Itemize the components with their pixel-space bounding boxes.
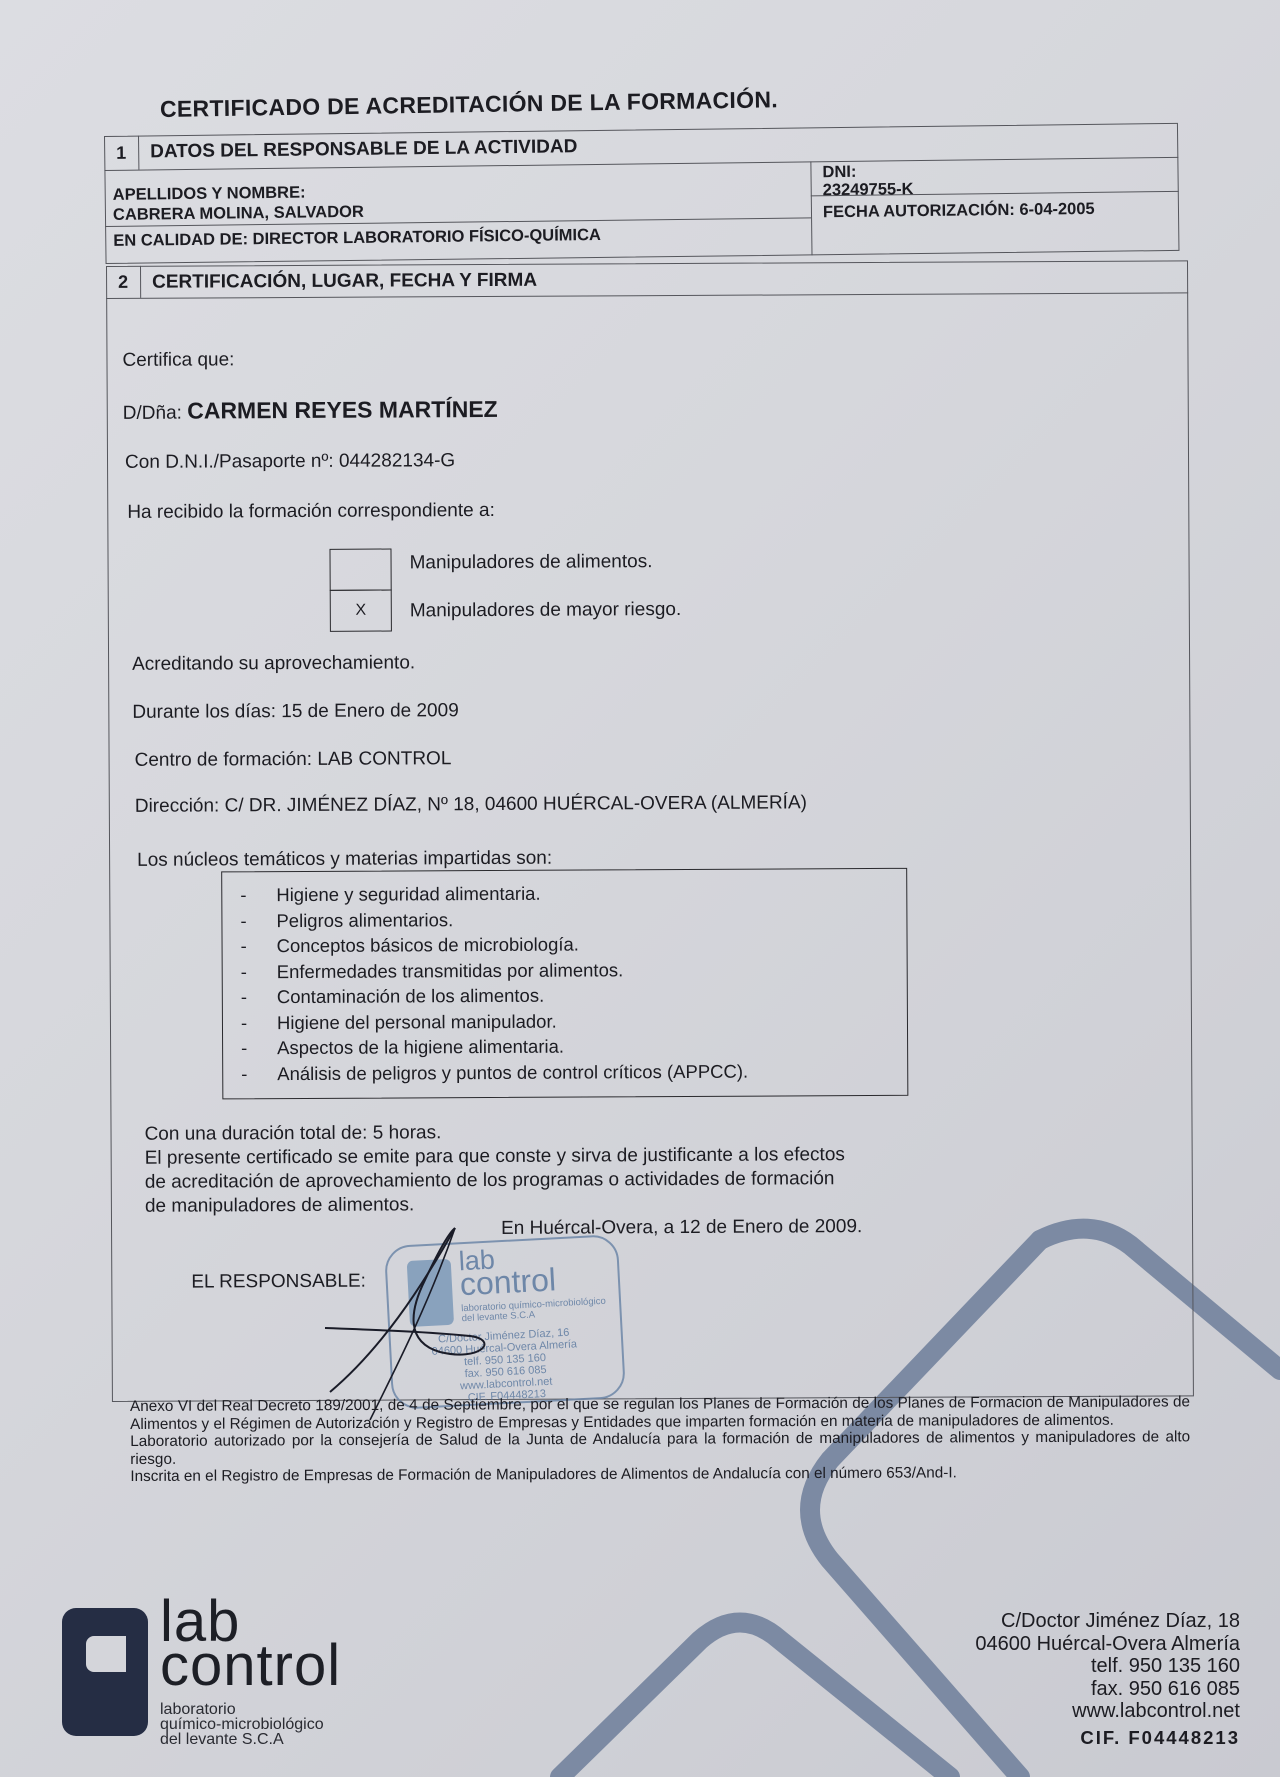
received-text: Ha recibido la formación correspondiente… bbox=[127, 500, 495, 524]
bullet-dash: - bbox=[241, 935, 247, 957]
statement-line-1: El presente certificado se emite para qu… bbox=[145, 1144, 845, 1170]
trainee-line: D/Dña: CARMEN REYES MARTÍNEZ bbox=[123, 396, 498, 425]
legal-note-authorization: Laboratorio autorizado por la consejería… bbox=[130, 1428, 1190, 1468]
duration-text: Con una duración total de: 5 horas. bbox=[144, 1122, 441, 1146]
topic-label: Aspectos de la higiene alimentaria. bbox=[277, 1036, 564, 1059]
trainee-id: Con D.N.I./Pasaporte nº: 044282134-G bbox=[125, 450, 455, 474]
responsible-name: CABRERA MOLINA, SALVADOR bbox=[113, 203, 364, 225]
logo-subtitle: laboratorio químico-microbiológico del l… bbox=[160, 1702, 420, 1747]
topic-label: Higiene y seguridad alimentaria. bbox=[276, 883, 540, 905]
statement-line-3: de manipuladores de alimentos. bbox=[145, 1194, 414, 1217]
bullet-dash: - bbox=[241, 1012, 247, 1034]
contact-cif: CIF. F04448213 bbox=[975, 1727, 1240, 1750]
bullet-dash: - bbox=[241, 986, 247, 1008]
logo-sub-line-3: del levante S.C.A bbox=[160, 1732, 420, 1747]
topic-item: -Análisis de peligros y puntos de contro… bbox=[277, 1060, 748, 1084]
section-certification: 2 CERTIFICACIÓN, LUGAR, FECHA Y FIRMA Ce… bbox=[106, 260, 1194, 1402]
topic-item: -Higiene y seguridad alimentaria. bbox=[276, 883, 540, 906]
checkbox-food-handlers bbox=[329, 549, 391, 591]
company-contact: C/Doctor Jiménez Díaz, 18 04600 Huércal-… bbox=[975, 1610, 1240, 1749]
certifies-text: Certifica que: bbox=[122, 349, 234, 372]
topic-label: Higiene del personal manipulador. bbox=[277, 1010, 557, 1032]
checkbox-high-risk-handlers: X bbox=[330, 590, 392, 632]
bullet-dash: - bbox=[241, 961, 247, 983]
trainee-name: CARMEN REYES MARTÍNEZ bbox=[187, 396, 498, 424]
bullet-dash: - bbox=[240, 884, 246, 906]
topics-box: -Higiene y seguridad alimentaria.-Peligr… bbox=[221, 868, 908, 1100]
training-address: Dirección: C/ DR. JIMÉNEZ DÍAZ, Nº 18, 0… bbox=[135, 792, 807, 818]
page-title: CERTIFICADO DE ACREDITACIÓN DE LA FORMAC… bbox=[160, 86, 778, 123]
topic-item: -Aspectos de la higiene alimentaria. bbox=[277, 1036, 564, 1060]
topic-label: Peligros alimentarios. bbox=[276, 909, 453, 931]
authorization-date: FECHA AUTORIZACIÓN: 6-04-2005 bbox=[823, 200, 1095, 222]
topic-item: -Contaminación de los alimentos. bbox=[277, 985, 544, 1008]
dni-label: DNI: bbox=[822, 163, 856, 182]
option-high-risk-handlers: Manipuladores de mayor riesgo. bbox=[410, 599, 682, 622]
section1-heading: DATOS DEL RESPONSABLE DE LA ACTIVIDAD bbox=[150, 136, 577, 163]
company-stamp: lab control laboratorio químico-microbio… bbox=[384, 1234, 626, 1410]
training-dates: Durante los días: 15 de Enero de 2009 bbox=[132, 700, 459, 724]
signer-label: EL RESPONSABLE: bbox=[191, 1271, 366, 1294]
section-responsible-data: 1 DATOS DEL RESPONSABLE DE LA ACTIVIDAD … bbox=[104, 123, 1179, 264]
contact-phone: telf. 950 135 160 bbox=[975, 1655, 1240, 1678]
stamp-control: control bbox=[459, 1261, 557, 1303]
legal-note-decree: Anexo VI del Real Decreto 189/2001, de 4… bbox=[130, 1393, 1190, 1433]
section1-number: 1 bbox=[104, 136, 139, 170]
topics-intro: Los núcleos temáticos y materias imparti… bbox=[137, 848, 552, 872]
option-food-handlers: Manipuladores de alimentos. bbox=[410, 551, 653, 574]
bullet-dash: - bbox=[240, 910, 246, 932]
bullet-dash: - bbox=[241, 1063, 247, 1085]
contact-website: www.labcontrol.net bbox=[975, 1700, 1240, 1723]
accrediting-text: Acreditando su aprovechamiento. bbox=[132, 652, 415, 675]
name-label: APELLIDOS Y NOMBRE: bbox=[113, 184, 306, 205]
contact-street: C/Doctor Jiménez Díaz, 18 bbox=[975, 1610, 1240, 1633]
topic-item: -Higiene del personal manipulador. bbox=[277, 1010, 557, 1033]
statement-line-2: de acreditación de aprovechamiento de lo… bbox=[145, 1168, 835, 1194]
logo-sub-line-1: laboratorio bbox=[160, 1702, 420, 1717]
topic-item: -Enfermedades transmitidas por alimentos… bbox=[277, 959, 624, 983]
section2-number: 2 bbox=[106, 266, 141, 298]
dni-value: 23249755-K bbox=[823, 180, 914, 200]
legal-note-registry: Inscrita en el Registro de Empresas de F… bbox=[130, 1463, 1190, 1485]
training-center: Centro de formación: LAB CONTROL bbox=[135, 748, 452, 772]
logo-sub-line-2: químico-microbiológico bbox=[160, 1717, 420, 1732]
topic-label: Conceptos básicos de microbiología. bbox=[277, 934, 579, 957]
logo-mark-icon bbox=[62, 1608, 148, 1736]
section2-header: 2 CERTIFICACIÓN, LUGAR, FECHA Y FIRMA bbox=[106, 260, 1188, 299]
topic-label: Análisis de peligros y puntos de control… bbox=[277, 1060, 748, 1083]
section2-heading: CERTIFICACIÓN, LUGAR, FECHA Y FIRMA bbox=[152, 270, 537, 294]
trainee-prefix: D/Dña: bbox=[123, 403, 182, 424]
stamp-logo-mark bbox=[407, 1259, 454, 1327]
topic-item: -Conceptos básicos de microbiología. bbox=[277, 934, 579, 958]
contact-fax: fax. 950 616 085 bbox=[975, 1678, 1240, 1701]
bullet-dash: - bbox=[241, 1037, 247, 1059]
contact-city: 04600 Huércal-Overa Almería bbox=[975, 1633, 1240, 1656]
logo-control-text: control bbox=[160, 1632, 341, 1699]
legal-notes: Anexo VI del Real Decreto 189/2001, de 4… bbox=[130, 1393, 1190, 1485]
topic-label: Enfermedades transmitidas por alimentos. bbox=[277, 959, 624, 982]
topic-label: Contaminación de los alimentos. bbox=[277, 985, 544, 1007]
topic-item: -Peligros alimentarios. bbox=[276, 909, 453, 932]
